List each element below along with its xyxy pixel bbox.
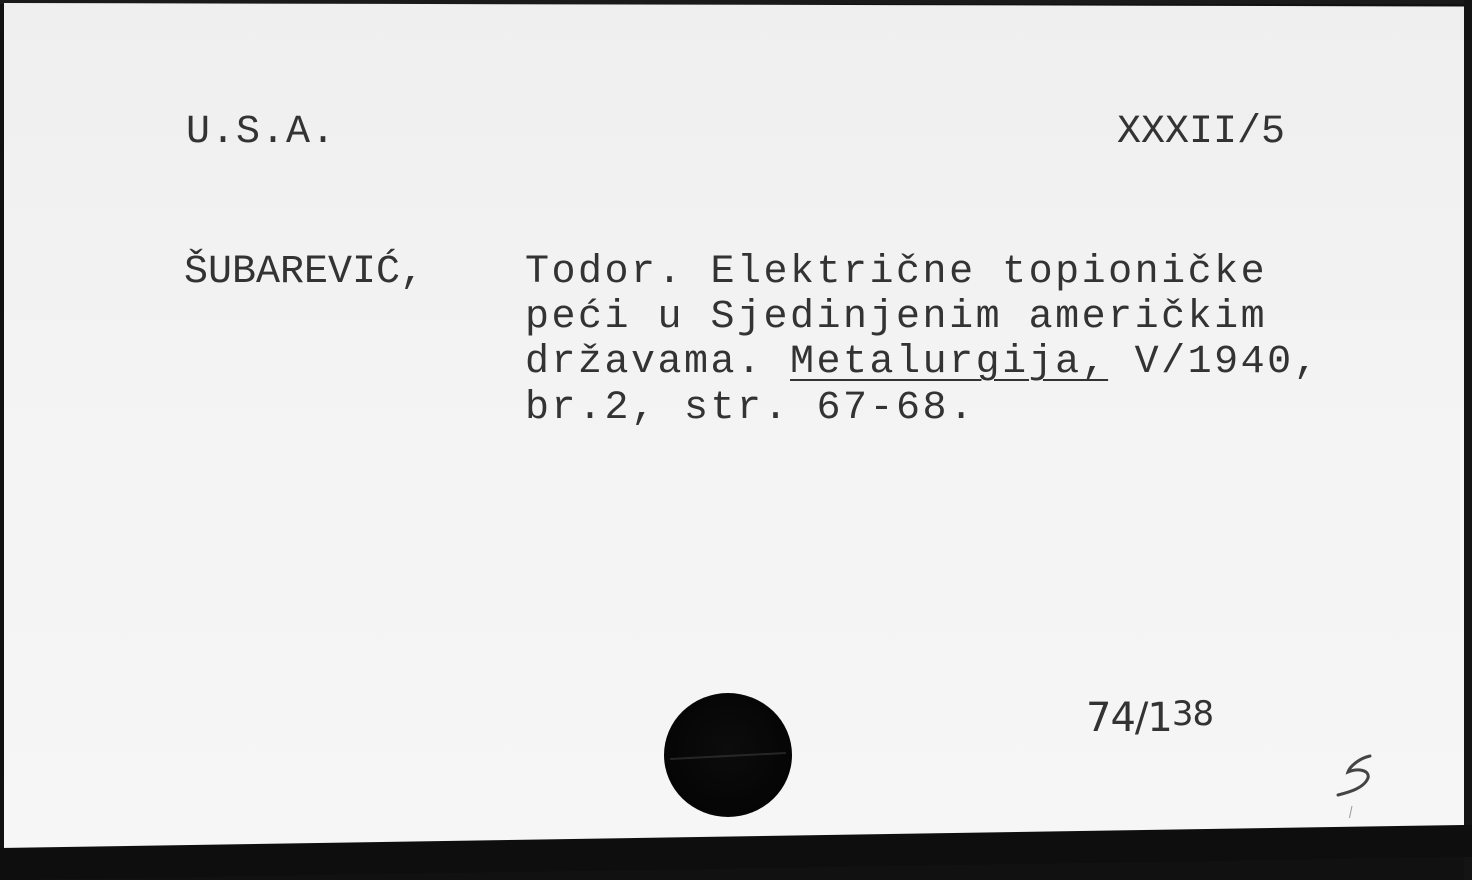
accession-number-main: 74/1 [1086,695,1172,741]
country-heading: U.S.A. [186,113,336,153]
handwritten-mark-icon [1332,748,1392,818]
journal-title: Metalurgija, [790,340,1108,385]
card-right-edge [1464,0,1472,880]
accession-number-suffix: 38 [1172,694,1213,734]
entry-line-4: br.2, str. 67-68. [525,389,976,429]
card-top-edge [0,0,1472,4]
journal-issue: V/1940, [1108,340,1320,385]
catalog-card: U.S.A. XXXII/5 ŠUBAREVIĆ, Todor. Elektri… [4,3,1464,871]
entry-line-3: državama. Metalurgija, V/1940, [525,343,1320,383]
entry-line-1: Todor. Električne topioničke [525,253,1267,293]
classification-number: XXXII/5 [1117,113,1285,153]
entry-line-2: peći u Sjedinjenim američkim [525,298,1267,338]
punch-hole-icon [664,693,792,817]
entry-line-3-text: državama. [525,340,790,385]
author-name: ŠUBAREVIĆ, [184,253,424,293]
accession-number: 74/138 [1086,695,1213,741]
